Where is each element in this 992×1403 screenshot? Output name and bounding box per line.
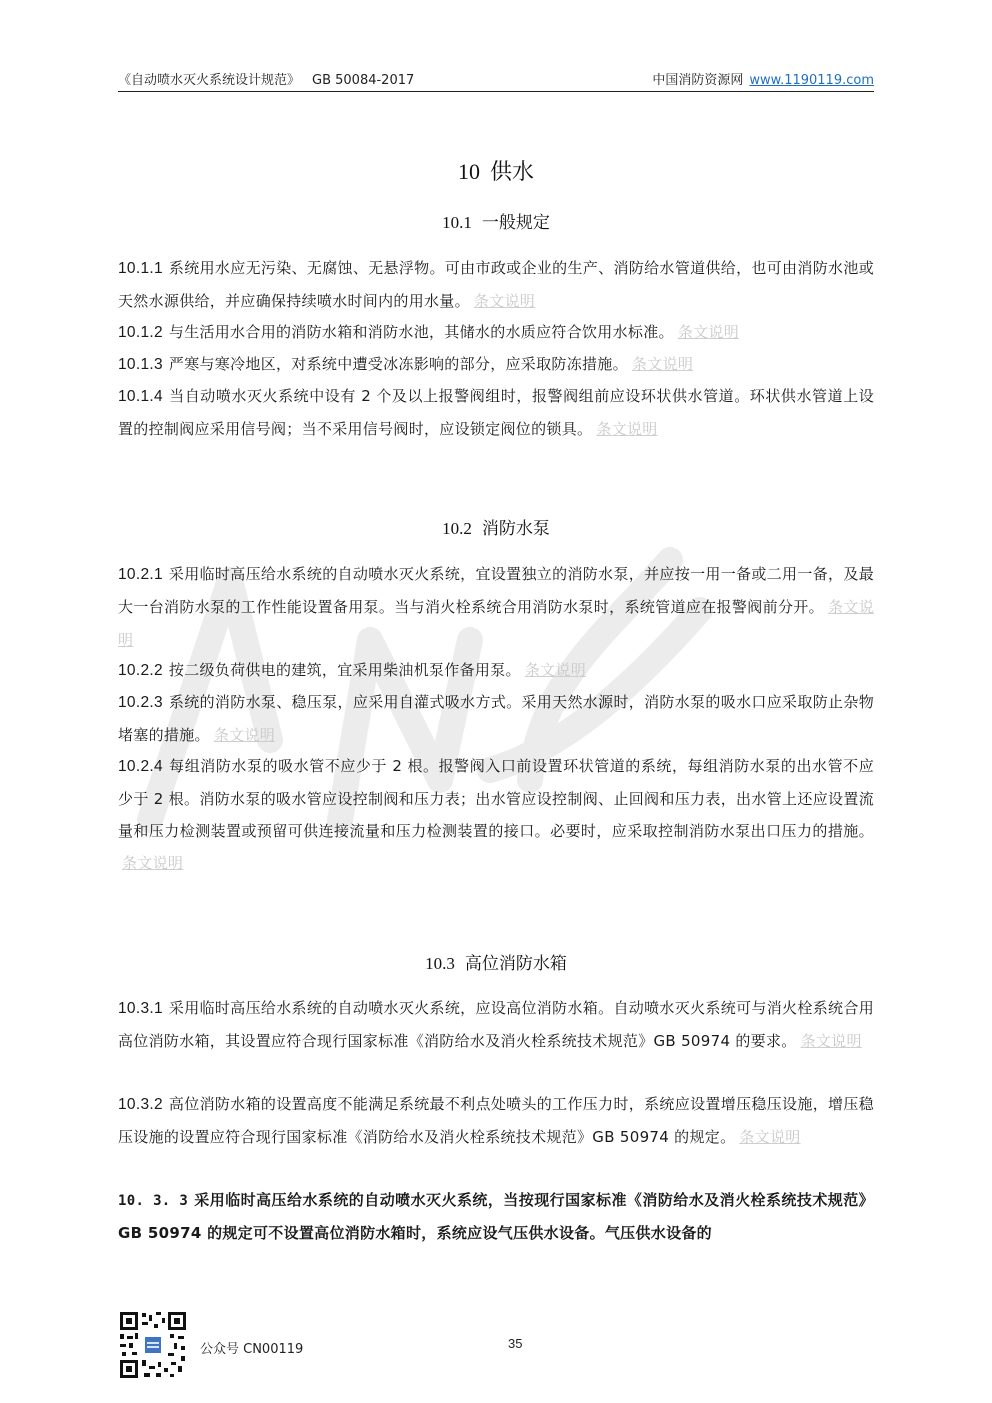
- clause-10-1-2: 10.1.2与生活用水合用的消防水箱和消防水池，其储水的水质应符合饮用水标准。条…: [118, 316, 874, 349]
- clause-number: 10.1.4: [118, 388, 163, 405]
- page-number: 35: [508, 1336, 522, 1351]
- page-header: 《自动喷水灭火系统设计规范》GB 50084-2017 中国消防资源网www.1…: [118, 72, 874, 92]
- clause-text: 采用临时高压给水系统的自动喷水灭火系统，应设高位消防水箱。自动喷水灭火系统可与消…: [118, 999, 874, 1050]
- section-heading-10-3: 10.3高位消防水箱: [118, 953, 874, 975]
- clause-note-link[interactable]: 条文说明: [214, 728, 275, 744]
- chapter-number: 10: [458, 159, 480, 184]
- section-title: 高位消防水箱: [465, 954, 567, 973]
- clause-number: 10.3.1: [118, 1000, 163, 1017]
- clause-10-3-3: 10. 3. 3采用临时高压给水系统的自动喷水灭火系统，当按现行国家标准《消防给…: [118, 1184, 874, 1249]
- clause-10-3-1: 10.3.1采用临时高压给水系统的自动喷水灭火系统，应设高位消防水箱。自动喷水灭…: [118, 992, 874, 1058]
- doc-code: GB 50084-2017: [312, 73, 414, 88]
- section-number: 10.1: [442, 213, 472, 232]
- clause-text: 采用临时高压给水系统的自动喷水灭火系统，宜设置独立的消防水泵，并应按一用一备或二…: [118, 565, 874, 616]
- clause-number: 10. 3. 3: [118, 1193, 188, 1209]
- clause-text: 严寒与寒冷地区，对系统中遭受冰冻影响的部分，应采取防冻措施。: [169, 355, 628, 373]
- clause-note-link[interactable]: 条文说明: [474, 294, 535, 310]
- clause-10-1-1: 10.1.1系统用水应无污染、无腐蚀、无悬浮物。可由市政或企业的生产、消防给水管…: [118, 252, 874, 318]
- clause-note-link[interactable]: 条文说明: [525, 663, 586, 679]
- clause-note-link[interactable]: 条文说明: [678, 325, 739, 341]
- clause-number: 10.1.2: [118, 324, 163, 341]
- clause-10-1-4: 10.1.4当自动喷水灭火系统中设有 2 个及以上报警阀组时，报警阀组前应设环状…: [118, 380, 874, 446]
- site-url-link[interactable]: www.1190119.com: [749, 73, 874, 88]
- section-heading-10-1: 10.1一般规定: [118, 212, 874, 234]
- section-number: 10.2: [442, 519, 472, 538]
- clause-note-link[interactable]: 条文说明: [632, 357, 693, 373]
- clause-10-3-2: 10.3.2高位消防水箱的设置高度不能满足系统最不利点处喷头的工作压力时，系统应…: [118, 1088, 874, 1154]
- clause-text: 按二级负荷供电的建筑，宜采用柴油机泵作备用泵。: [169, 661, 521, 679]
- clause-note-link[interactable]: 条文说明: [739, 1130, 800, 1146]
- header-site-info: 中国消防资源网www.1190119.com: [652, 72, 874, 90]
- clause-10-2-1: 10.2.1采用临时高压给水系统的自动喷水灭火系统，宜设置独立的消防水泵，并应按…: [118, 558, 874, 657]
- clause-text: 每组消防水泵的吸水管不应少于 2 根。报警阀入口前设置环状管道的系统，每组消防水…: [118, 757, 874, 840]
- qr-code-icon[interactable]: [118, 1310, 188, 1380]
- clause-note-link[interactable]: 条文说明: [801, 1034, 862, 1050]
- section-heading-10-2: 10.2消防水泵: [118, 518, 874, 540]
- page-footer: 公众号 CN00119 35: [118, 1310, 874, 1380]
- clause-number: 10.2.3: [118, 694, 163, 711]
- header-doc-info: 《自动喷水灭火系统设计规范》GB 50084-2017: [118, 72, 414, 90]
- clause-text: 与生活用水合用的消防水箱和消防水池，其储水的水质应符合饮用水标准。: [169, 323, 674, 341]
- clause-number: 10.1.3: [118, 356, 163, 373]
- clause-note-link[interactable]: 条文说明: [122, 856, 183, 872]
- clause-note-link[interactable]: 条文说明: [596, 422, 657, 438]
- chapter-title: 10供水: [118, 158, 874, 186]
- section-title: 消防水泵: [482, 519, 550, 538]
- section-title: 一般规定: [482, 213, 550, 232]
- clause-text: 当自动喷水灭火系统中设有 2 个及以上报警阀组时，报警阀组前应设环状供水管道。环…: [118, 387, 874, 438]
- doc-title: 《自动喷水灭火系统设计规范》: [118, 73, 300, 88]
- clause-number: 10.2.4: [118, 758, 163, 775]
- clause-text: 采用临时高压给水系统的自动喷水灭火系统，当按现行国家标准《消防给水及消火栓系统技…: [118, 1191, 874, 1242]
- section-number: 10.3: [425, 954, 455, 973]
- wechat-account-label: 公众号 CN00119: [200, 1338, 303, 1357]
- clause-10-2-4: 10.2.4每组消防水泵的吸水管不应少于 2 根。报警阀入口前设置环状管道的系统…: [118, 750, 874, 880]
- clause-number: 10.2.2: [118, 662, 163, 679]
- clause-number: 10.1.1: [118, 260, 163, 277]
- chapter-title-text: 供水: [490, 159, 534, 184]
- clause-10-2-2: 10.2.2按二级负荷供电的建筑，宜采用柴油机泵作备用泵。条文说明: [118, 654, 874, 687]
- clause-number: 10.2.1: [118, 566, 163, 583]
- clause-10-2-3: 10.2.3系统的消防水泵、稳压泵，应采用自灌式吸水方式。采用天然水源时，消防水…: [118, 686, 874, 752]
- clause-number: 10.3.2: [118, 1096, 163, 1113]
- clause-10-1-3: 10.1.3严寒与寒冷地区，对系统中遭受冰冻影响的部分，应采取防冻措施。条文说明: [118, 348, 874, 381]
- site-name: 中国消防资源网: [652, 73, 743, 88]
